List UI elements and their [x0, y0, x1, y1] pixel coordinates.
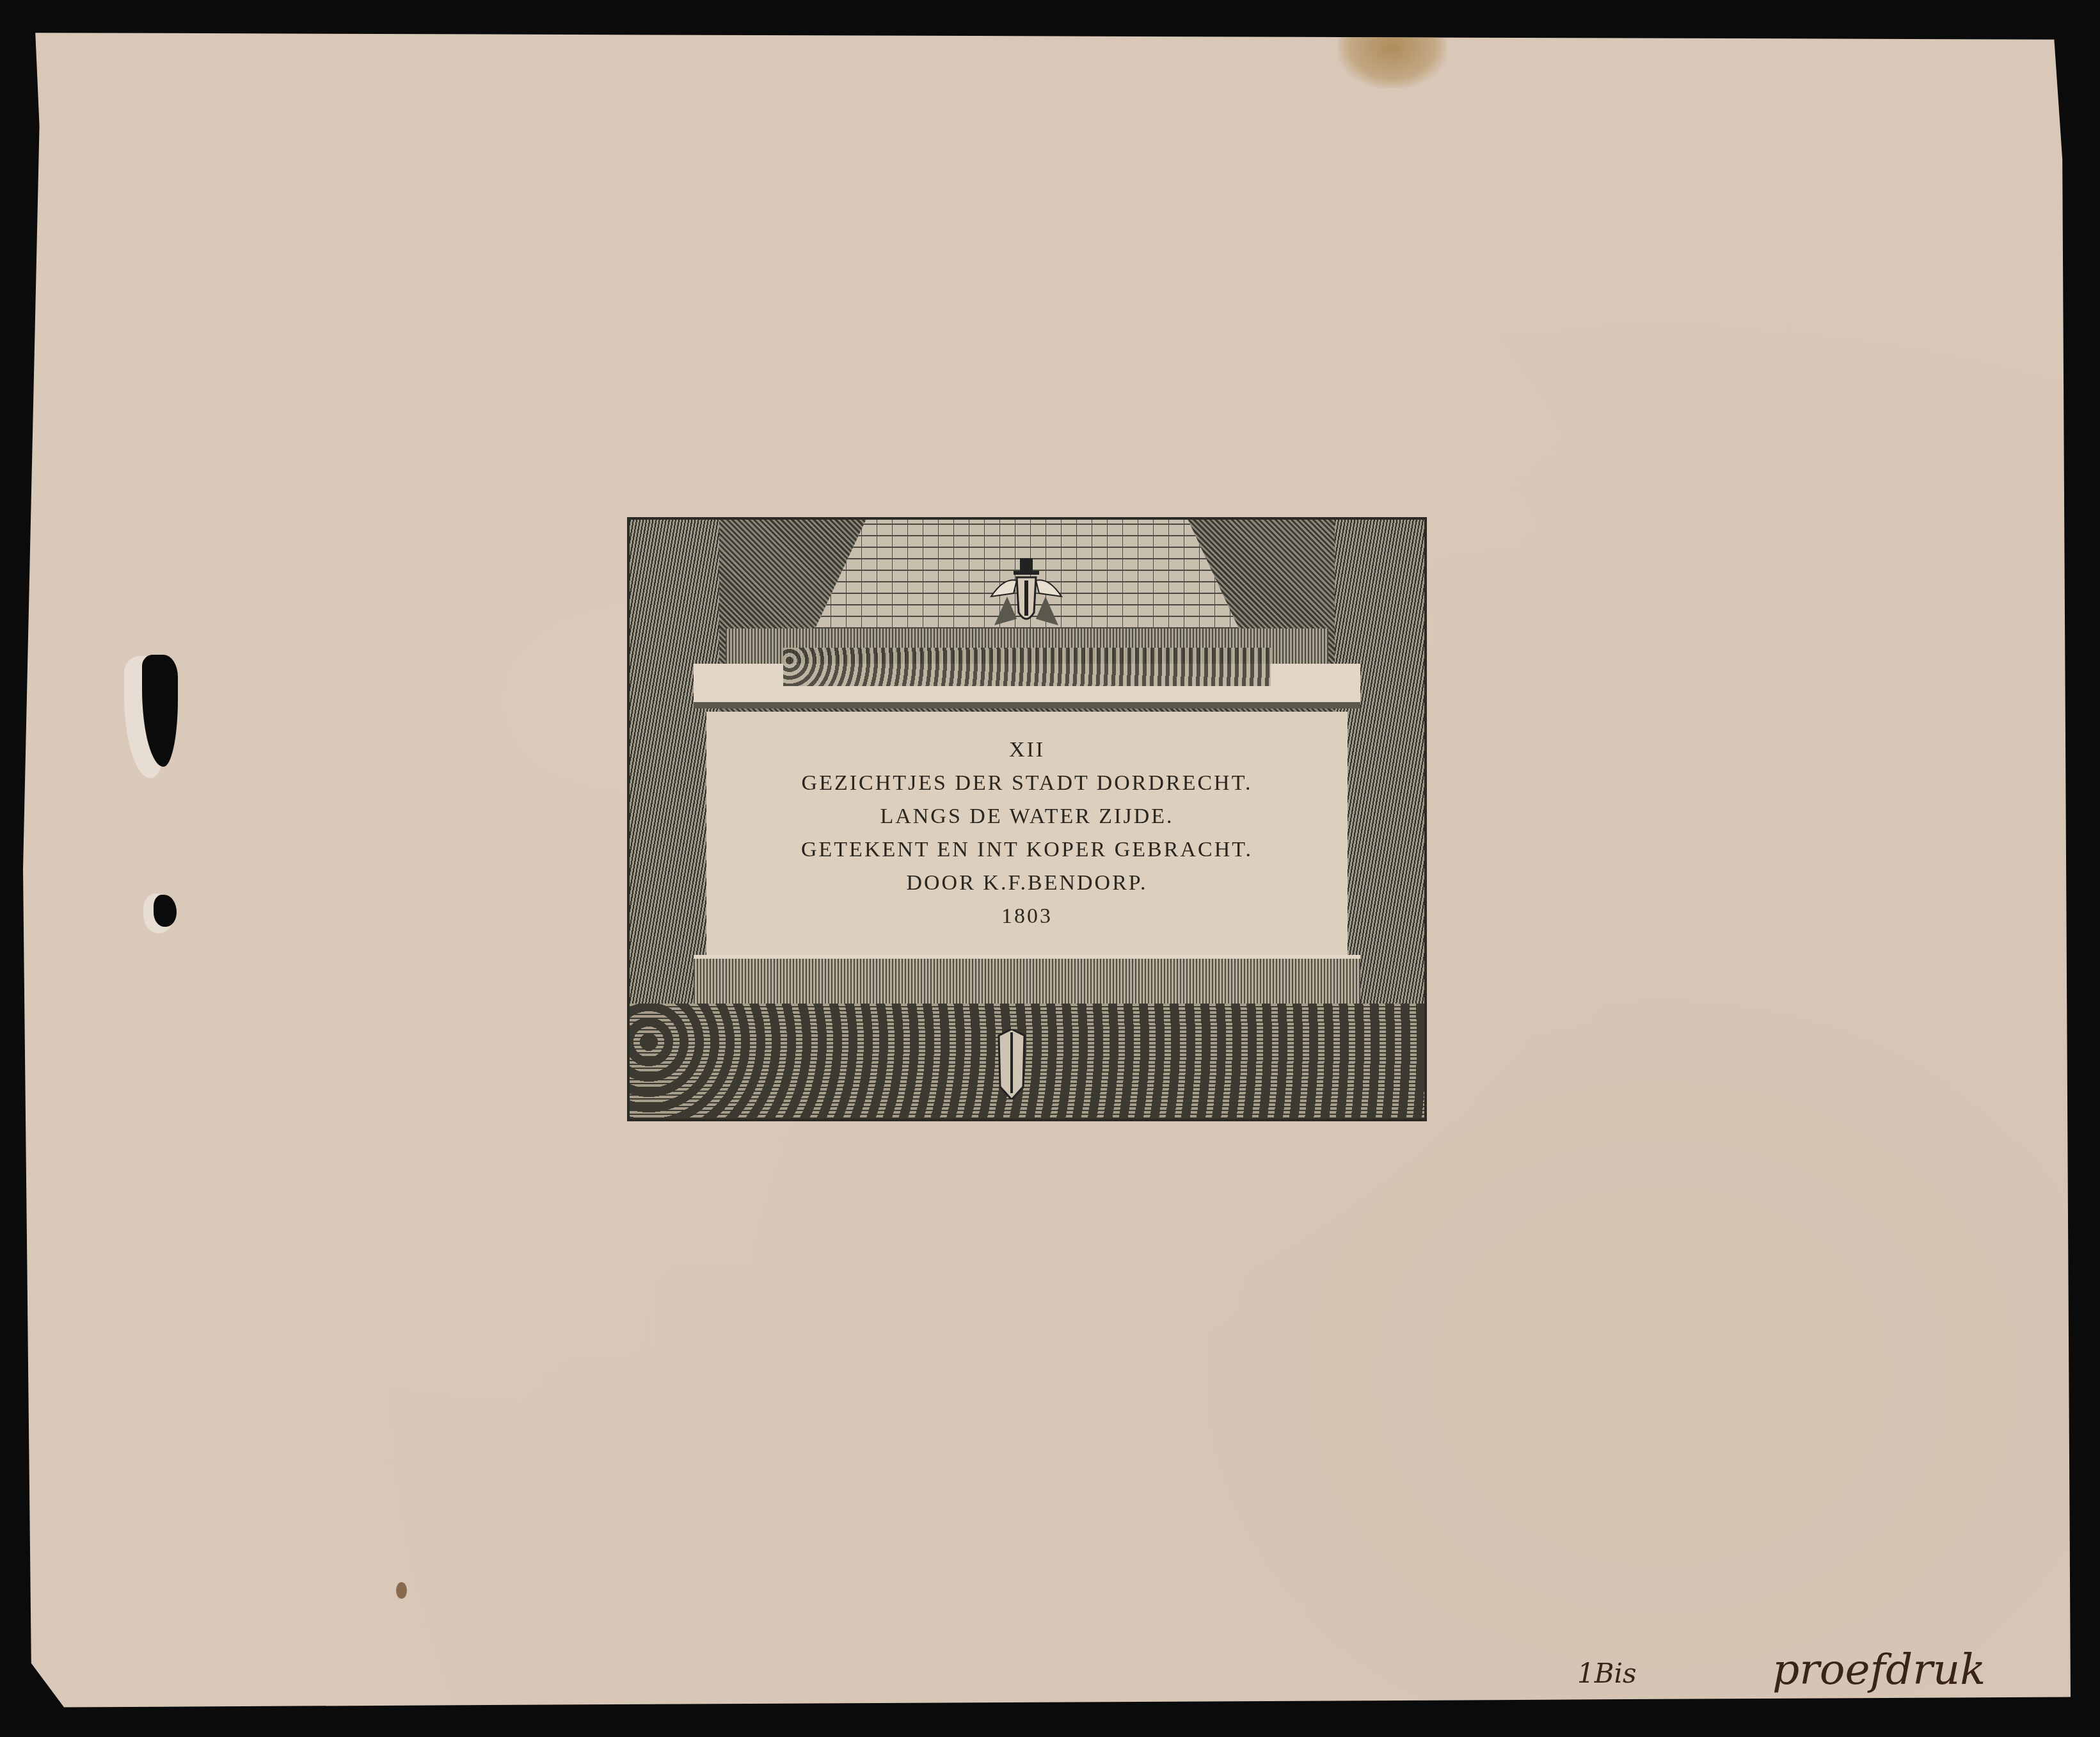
inscription-line: XII: [1009, 735, 1045, 765]
inscription-line: LANGS DE WATER ZIJDE.: [880, 802, 1173, 831]
foxing-spot: [396, 1582, 407, 1599]
garland: [783, 648, 1271, 686]
handwritten-proefdruk: proefdruk: [1772, 1645, 1985, 1694]
water-stain: [1338, 24, 1447, 88]
inscription-line: DOOR K.F.BENDORP.: [906, 868, 1147, 898]
handwritten-number: 1Bis: [1577, 1658, 1637, 1689]
inscription-line: 1803: [1001, 902, 1053, 931]
engraving-plate: XII GEZICHTJES DER STADT DORDRECHT. LANG…: [627, 517, 1427, 1121]
coat-of-arms-icon: [988, 558, 1065, 628]
inscription-line: GETEKENT EN INT KOPER GEBRACHT.: [801, 835, 1253, 865]
plinth-steps: [694, 955, 1360, 1010]
paper-hole: [154, 895, 177, 927]
shrubs: [630, 1004, 1424, 1119]
inscription-line: GEZICHTJES DER STADT DORDRECHT.: [802, 769, 1253, 798]
inscription-tablet: XII GEZICHTJES DER STADT DORDRECHT. LANG…: [706, 712, 1348, 955]
shield-icon: [998, 1029, 1026, 1100]
